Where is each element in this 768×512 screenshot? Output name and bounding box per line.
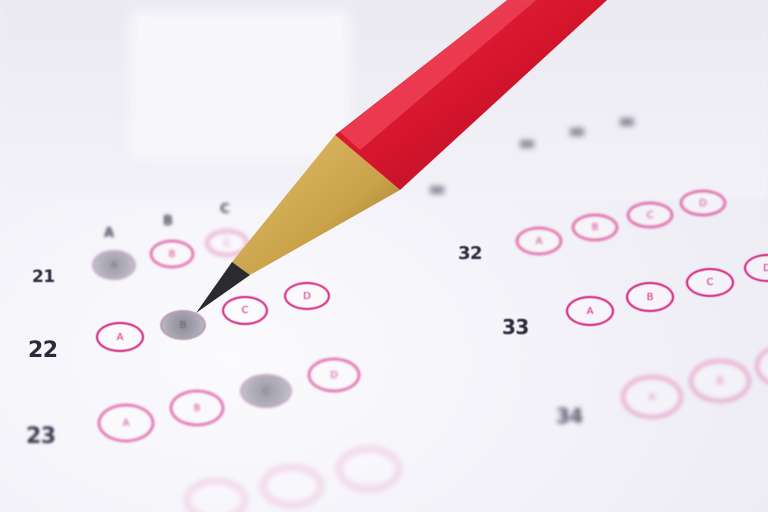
bubble-21-a[interactable]: A	[92, 250, 136, 280]
blurred-paper-region	[130, 10, 350, 160]
bubble-22-a[interactable]: A	[96, 322, 144, 352]
blurred-mark	[570, 128, 584, 136]
bubble-label: D	[303, 291, 311, 302]
blurred-mark	[620, 118, 634, 126]
bubble-label: B	[717, 376, 724, 387]
bubble-32-b[interactable]: B	[572, 214, 618, 241]
bubble-22-d[interactable]: D	[284, 282, 330, 310]
bubble-34-b[interactable]: B	[690, 360, 750, 402]
question-number-32: 32	[458, 243, 482, 264]
column-header-a: A	[104, 226, 114, 241]
bubble-label: C	[263, 386, 270, 397]
bubble-21-c[interactable]: C	[206, 230, 248, 256]
bubble-label: D	[763, 263, 768, 274]
blurred-bubble	[262, 466, 322, 506]
bubble-label: B	[180, 320, 187, 331]
blurred-bubble	[338, 448, 400, 490]
blurred-sheet-background	[0, 0, 768, 200]
bubble-22-c[interactable]: C	[222, 296, 268, 325]
bubble-label: A	[536, 236, 543, 247]
bubble-33-d[interactable]: D	[744, 254, 768, 282]
bubble-label: A	[587, 306, 594, 317]
bubble-label: B	[647, 292, 654, 303]
bubble-34-a[interactable]: A	[622, 376, 682, 418]
bubble-33-b[interactable]: B	[626, 282, 674, 312]
bubble-23-d[interactable]: D	[308, 358, 360, 392]
answer-sheet-photo: A B C 21 A B C 22 A B C D 23 A B C D 32 …	[0, 0, 768, 512]
column-header-c: C	[220, 202, 230, 217]
bubble-label: B	[592, 222, 599, 233]
bubble-label: C	[707, 277, 714, 288]
bubble-label: A	[117, 332, 124, 343]
question-number-23: 23	[26, 424, 56, 449]
bubble-label: D	[699, 198, 707, 209]
question-number-21: 21	[32, 267, 55, 287]
bubble-22-b[interactable]: B	[160, 310, 206, 340]
bubble-23-b[interactable]: B	[170, 390, 224, 426]
question-number-33: 33	[502, 315, 529, 339]
bubble-label: C	[647, 210, 654, 221]
blurred-mark	[430, 186, 444, 194]
bubble-label: A	[649, 392, 656, 403]
bubble-label: B	[169, 249, 176, 260]
question-number-22: 22	[28, 338, 58, 363]
bubble-23-a[interactable]: A	[98, 404, 154, 442]
bubble-label: A	[123, 418, 130, 429]
bubble-23-c[interactable]: C	[240, 374, 292, 408]
bubble-32-c[interactable]: C	[627, 202, 673, 228]
bubble-label: D	[330, 370, 338, 381]
bubble-32-d[interactable]: D	[680, 190, 726, 216]
bubble-label: C	[224, 238, 231, 249]
question-number-34: 34	[556, 404, 583, 428]
bubble-33-a[interactable]: A	[566, 296, 614, 326]
bubble-label: A	[111, 260, 118, 271]
bubble-34-c[interactable]: C	[756, 346, 768, 386]
bubble-label: B	[194, 403, 201, 414]
blurred-bubble	[186, 480, 246, 512]
column-header-b: B	[163, 214, 173, 229]
bubble-32-a[interactable]: A	[516, 227, 562, 255]
bubble-33-c[interactable]: C	[686, 268, 734, 297]
blurred-mark	[520, 140, 534, 148]
bubble-label: C	[242, 305, 249, 316]
bubble-21-b[interactable]: B	[150, 240, 194, 268]
